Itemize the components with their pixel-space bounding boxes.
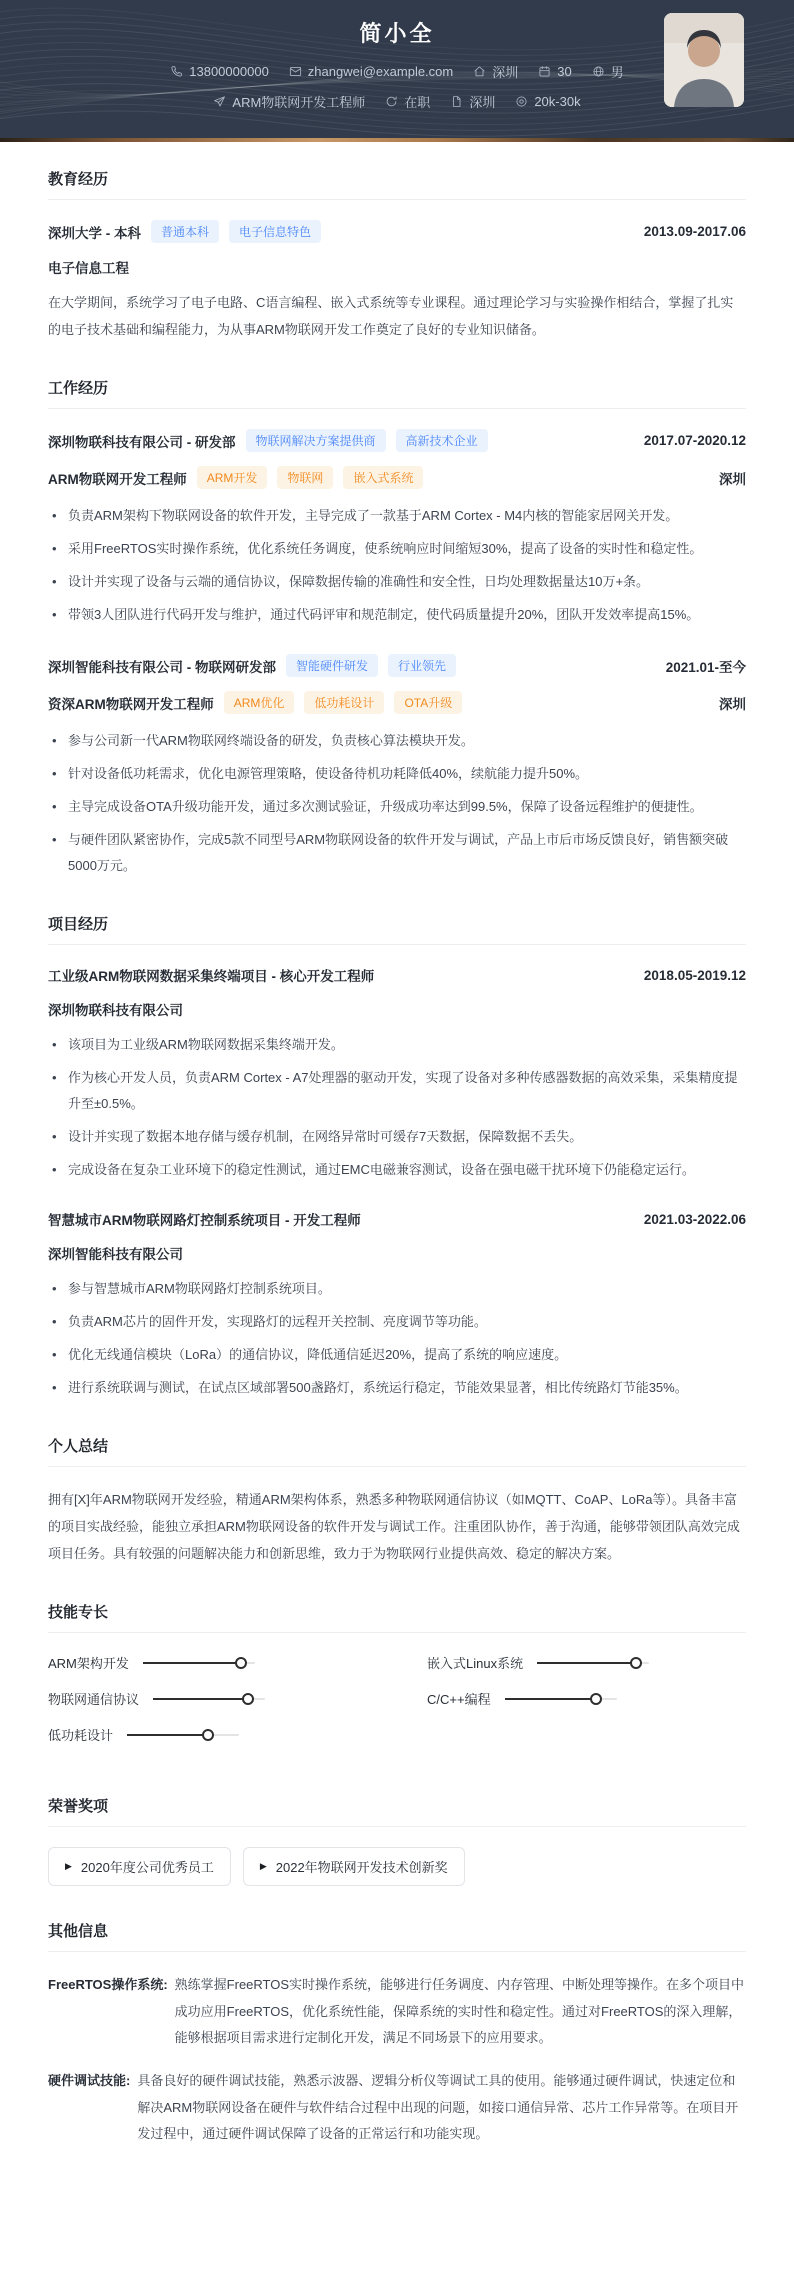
project-bullet: 该项目为工业级ARM物联网数据采集终端开发。 (48, 1032, 746, 1058)
project-bullet: 作为核心开发人员，负责ARM Cortex - A7处理器的驱动开发，实现了设备… (48, 1065, 746, 1117)
project-date: 2021.03-2022.06 (644, 1212, 746, 1227)
profile-photo[interactable] (664, 13, 744, 107)
contact-item: 男 (592, 62, 624, 81)
contact-text: 30 (557, 64, 571, 79)
role-tag: ARM开发 (197, 466, 268, 489)
job-text: 20k-30k (534, 94, 580, 109)
other-info-item: 硬件调试技能:具备良好的硬件调试技能，熟悉示波器、逻辑分析仪等调试工具的使用。能… (48, 2068, 746, 2148)
project-entry: 智慧城市ARM物联网路灯控制系统项目 - 开发工程师2021.03-2022.0… (48, 1209, 746, 1401)
resume-body: 教育经历 深圳大学 - 本科 普通本科电子信息特色 2013.09-2017.0… (0, 142, 794, 2282)
section-projects: 项目经历 工业级ARM物联网数据采集终端项目 - 核心开发工程师2018.05-… (48, 913, 746, 1401)
doc-icon (450, 95, 463, 108)
skill-slider-fill (127, 1734, 208, 1736)
role-row: ARM物联网开发工程师ARM开发物联网嵌入式系统深圳 (48, 466, 746, 489)
work-bullet: 采用FreeRTOS实时操作系统，优化系统任务调度，使系统响应时间缩短30%，提… (48, 536, 746, 562)
email-icon (289, 65, 302, 78)
contact-text: 男 (611, 62, 624, 81)
company-tag: 智能硬件研发 (286, 654, 378, 677)
skill-slider (505, 1698, 617, 1700)
contact-item: 深圳 (473, 62, 518, 81)
other-info-text: 熟练掌握FreeRTOS实时操作系统，能够进行任务调度、内存管理、中断处理等操作… (175, 1972, 746, 2052)
skill-slider-knob[interactable] (242, 1693, 254, 1705)
skill-item: ARM架构开发 (48, 1653, 367, 1672)
role-tag: ARM优化 (224, 691, 295, 714)
education-entry: 深圳大学 - 本科 普通本科电子信息特色 2013.09-2017.06 电子信… (48, 220, 746, 343)
contact-item: 30 (538, 64, 571, 79)
contact-item: 13800000000 (170, 64, 269, 79)
job-item: 深圳 (450, 92, 495, 111)
play-icon: ▶ (65, 1862, 72, 1871)
job-item: 在职 (385, 92, 430, 111)
section-skills: 技能专长 ARM架构开发嵌入式Linux系统物联网通信协议C/C++编程低功耗设… (48, 1601, 746, 1761)
skill-slider (537, 1662, 649, 1664)
skill-slider-fill (537, 1662, 636, 1664)
skill-slider (127, 1734, 239, 1736)
section-work: 工作经历 深圳物联科技有限公司 - 研发部物联网解决方案提供商高新技术企业201… (48, 377, 746, 879)
skill-slider-fill (153, 1698, 248, 1700)
education-description: 在大学期间，系统学习了电子电路、C语言编程、嵌入式系统等专业课程。通过理论学习与… (48, 290, 746, 343)
work-entry: 深圳智能科技有限公司 - 物联网研发部智能硬件研发行业领先2021.01-至今资… (48, 654, 746, 879)
project-title-row: 工业级ARM物联网数据采集终端项目 - 核心开发工程师2018.05-2019.… (48, 965, 746, 985)
skill-item: 物联网通信协议 (48, 1689, 367, 1708)
gender-icon (592, 65, 605, 78)
skill-slider-fill (143, 1662, 242, 1664)
other-info-item: FreeRTOS操作系统:熟练掌握FreeRTOS实时操作系统，能够进行任务调度… (48, 1972, 746, 2052)
role-tag: 物联网 (277, 466, 333, 489)
work-bullet: 主导完成设备OTA升级功能开发，通过多次测试验证，升级成功率达到99.5%，保障… (48, 794, 746, 820)
status-icon (385, 95, 398, 108)
company-name: 深圳智能科技有限公司 - 物联网研发部 (48, 656, 276, 676)
skill-label: C/C++编程 (427, 1689, 491, 1708)
contact-text: 深圳 (492, 62, 518, 81)
work-bullet-list: 参与公司新一代ARM物联网终端设备的研发，负责核心算法模块开发。针对设备低功耗需… (48, 728, 746, 879)
resume-page: 简小全 13800000000zhangwei@example.com深圳30男… (0, 0, 794, 2282)
section-summary: 个人总结 拥有[X]年ARM物联网开发经验，精通ARM架构体系，熟悉多种物联网通… (48, 1435, 746, 1567)
work-bullet: 负责ARM架构下物联网设备的软件开发，主导完成了一款基于ARM Cortex -… (48, 503, 746, 529)
project-bullet-list: 参与智慧城市ARM物联网路灯控制系统项目。负责ARM芯片的固件开发，实现路灯的远… (48, 1276, 746, 1401)
skill-slider-knob[interactable] (630, 1657, 642, 1669)
skill-item: C/C++编程 (427, 1689, 746, 1708)
company-row: 深圳物联科技有限公司 - 研发部物联网解决方案提供商高新技术企业2017.07-… (48, 429, 746, 452)
work-bullet: 针对设备低功耗需求，优化电源管理策略，使设备待机功耗降低40%，续航能力提升50… (48, 761, 746, 787)
project-bullet: 优化无线通信模块（LoRa）的通信协议，降低通信延迟20%，提高了系统的响应速度… (48, 1342, 746, 1368)
project-name: 智慧城市ARM物联网路灯控制系统项目 - 开发工程师 (48, 1209, 361, 1229)
skill-slider-fill (505, 1698, 597, 1700)
skill-label: ARM架构开发 (48, 1653, 129, 1672)
work-bullet-list: 负责ARM架构下物联网设备的软件开发，主导完成了一款基于ARM Cortex -… (48, 503, 746, 628)
job-text: 深圳 (469, 92, 495, 111)
project-bullet: 负责ARM芯片的固件开发，实现路灯的远程开关控制、亮度调节等功能。 (48, 1309, 746, 1335)
work-entry: 深圳物联科技有限公司 - 研发部物联网解决方案提供商高新技术企业2017.07-… (48, 429, 746, 628)
project-company: 深圳智能科技有限公司 (48, 1243, 746, 1263)
summary-section-title: 个人总结 (48, 1435, 746, 1467)
skill-item: 低功耗设计 (48, 1725, 367, 1744)
phone-icon (170, 65, 183, 78)
work-bullet: 参与公司新一代ARM物联网终端设备的研发，负责核心算法模块开发。 (48, 728, 746, 754)
job-text: 在职 (404, 92, 430, 111)
contact-text: 13800000000 (189, 64, 269, 79)
other-info-text: 具备良好的硬件调试技能，熟悉示波器、逻辑分析仪等调试工具的使用。能够通过硬件调试… (137, 2068, 746, 2148)
section-other: 其他信息 FreeRTOS操作系统:熟练掌握FreeRTOS实时操作系统，能够进… (48, 1920, 746, 2148)
honor-pill[interactable]: ▶2022年物联网开发技术创新奖 (243, 1847, 465, 1886)
role-name: ARM物联网开发工程师 (48, 468, 187, 488)
education-tag: 普通本科 (151, 220, 219, 243)
role-row: 资深ARM物联网开发工程师ARM优化低功耗设计OTA升级深圳 (48, 691, 746, 714)
honor-label: 2022年物联网开发技术创新奖 (276, 1857, 448, 1876)
work-date: 2017.07-2020.12 (644, 433, 746, 448)
skill-label: 低功耗设计 (48, 1725, 113, 1744)
skill-label: 物联网通信协议 (48, 1689, 139, 1708)
company-tag: 行业领先 (388, 654, 456, 677)
skill-item: 嵌入式Linux系统 (427, 1653, 746, 1672)
education-tag: 电子信息特色 (229, 220, 321, 243)
position-icon (213, 95, 226, 108)
skills-section-title: 技能专长 (48, 1601, 746, 1633)
skill-slider (153, 1698, 265, 1700)
work-date: 2021.01-至今 (666, 656, 746, 676)
project-title-row: 智慧城市ARM物联网路灯控制系统项目 - 开发工程师2021.03-2022.0… (48, 1209, 746, 1229)
summary-text: 拥有[X]年ARM物联网开发经验，精通ARM架构体系，熟悉多种物联网通信协议（如… (48, 1487, 746, 1567)
education-date: 2013.09-2017.06 (644, 224, 746, 239)
skill-label: 嵌入式Linux系统 (427, 1653, 523, 1672)
education-section-title: 教育经历 (48, 168, 746, 200)
contact-text: zhangwei@example.com (308, 64, 453, 79)
major-name: 电子信息工程 (48, 257, 746, 277)
job-item: 20k-30k (515, 94, 580, 109)
project-date: 2018.05-2019.12 (644, 968, 746, 983)
projects-section-title: 项目经历 (48, 913, 746, 945)
project-bullet: 参与智慧城市ARM物联网路灯控制系统项目。 (48, 1276, 746, 1302)
company-tag: 物联网解决方案提供商 (246, 429, 386, 452)
work-bullet: 与硬件团队紧密协作，完成5款不同型号ARM物联网设备的软件开发与调试，产品上市后… (48, 827, 746, 879)
company-tag: 高新技术企业 (396, 429, 488, 452)
skill-slider-knob[interactable] (202, 1729, 214, 1741)
contact-item: zhangwei@example.com (289, 64, 453, 79)
project-bullet: 设计并实现了数据本地存储与缓存机制，在网络异常时可缓存7天数据，保障数据不丢失。 (48, 1124, 746, 1150)
honor-pill[interactable]: ▶2020年度公司优秀员工 (48, 1847, 231, 1886)
work-section-title: 工作经历 (48, 377, 746, 409)
work-bullet: 带领3人团队进行代码开发与维护，通过代码评审和规范制定，使代码质量提升20%，团… (48, 602, 746, 628)
resume-header: 简小全 13800000000zhangwei@example.com深圳30男… (0, 0, 794, 138)
work-bullet: 设计并实现了设备与云端的通信协议，保障数据传输的准确性和安全性，日均处理数据量达… (48, 569, 746, 595)
job-text: ARM物联网开发工程师 (232, 92, 365, 111)
other-info-label: 硬件调试技能: (48, 2068, 130, 2095)
project-name: 工业级ARM物联网数据采集终端项目 - 核心开发工程师 (48, 965, 374, 985)
work-location: 深圳 (719, 468, 746, 488)
project-bullet-list: 该项目为工业级ARM物联网数据采集终端开发。作为核心开发人员，负责ARM Cor… (48, 1032, 746, 1183)
salary-icon (515, 95, 528, 108)
role-name: 资深ARM物联网开发工程师 (48, 693, 214, 713)
work-location: 深圳 (719, 693, 746, 713)
person-photo-placeholder (664, 13, 744, 107)
other-section-title: 其他信息 (48, 1920, 746, 1952)
company-row: 深圳智能科技有限公司 - 物联网研发部智能硬件研发行业领先2021.01-至今 (48, 654, 746, 677)
honors-section-title: 荣誉奖项 (48, 1795, 746, 1827)
section-education: 教育经历 深圳大学 - 本科 普通本科电子信息特色 2013.09-2017.0… (48, 168, 746, 343)
role-tag: 低功耗设计 (304, 691, 384, 714)
role-tag: 嵌入式系统 (343, 466, 423, 489)
skill-slider (143, 1662, 255, 1664)
project-entry: 工业级ARM物联网数据采集终端项目 - 核心开发工程师2018.05-2019.… (48, 965, 746, 1183)
job-item: ARM物联网开发工程师 (213, 92, 365, 111)
other-info-label: FreeRTOS操作系统: (48, 1972, 168, 1999)
school-name: 深圳大学 - 本科 (48, 222, 141, 242)
home-icon (473, 65, 486, 78)
project-company: 深圳物联科技有限公司 (48, 999, 746, 1019)
role-tag: OTA升级 (394, 691, 462, 714)
honor-label: 2020年度公司优秀员工 (81, 1857, 214, 1876)
project-bullet: 进行系统联调与测试，在试点区域部署500盏路灯，系统运行稳定，节能效果显著，相比… (48, 1375, 746, 1401)
skill-slider-knob[interactable] (590, 1693, 602, 1705)
skill-slider-knob[interactable] (235, 1657, 247, 1669)
section-honors: 荣誉奖项 ▶2020年度公司优秀员工▶2022年物联网开发技术创新奖 (48, 1795, 746, 1886)
project-bullet: 完成设备在复杂工业环境下的稳定性测试，通过EMC电磁兼容测试，设备在强电磁干扰环… (48, 1157, 746, 1183)
age-icon (538, 65, 551, 78)
play-icon: ▶ (260, 1862, 267, 1871)
company-name: 深圳物联科技有限公司 - 研发部 (48, 431, 236, 451)
